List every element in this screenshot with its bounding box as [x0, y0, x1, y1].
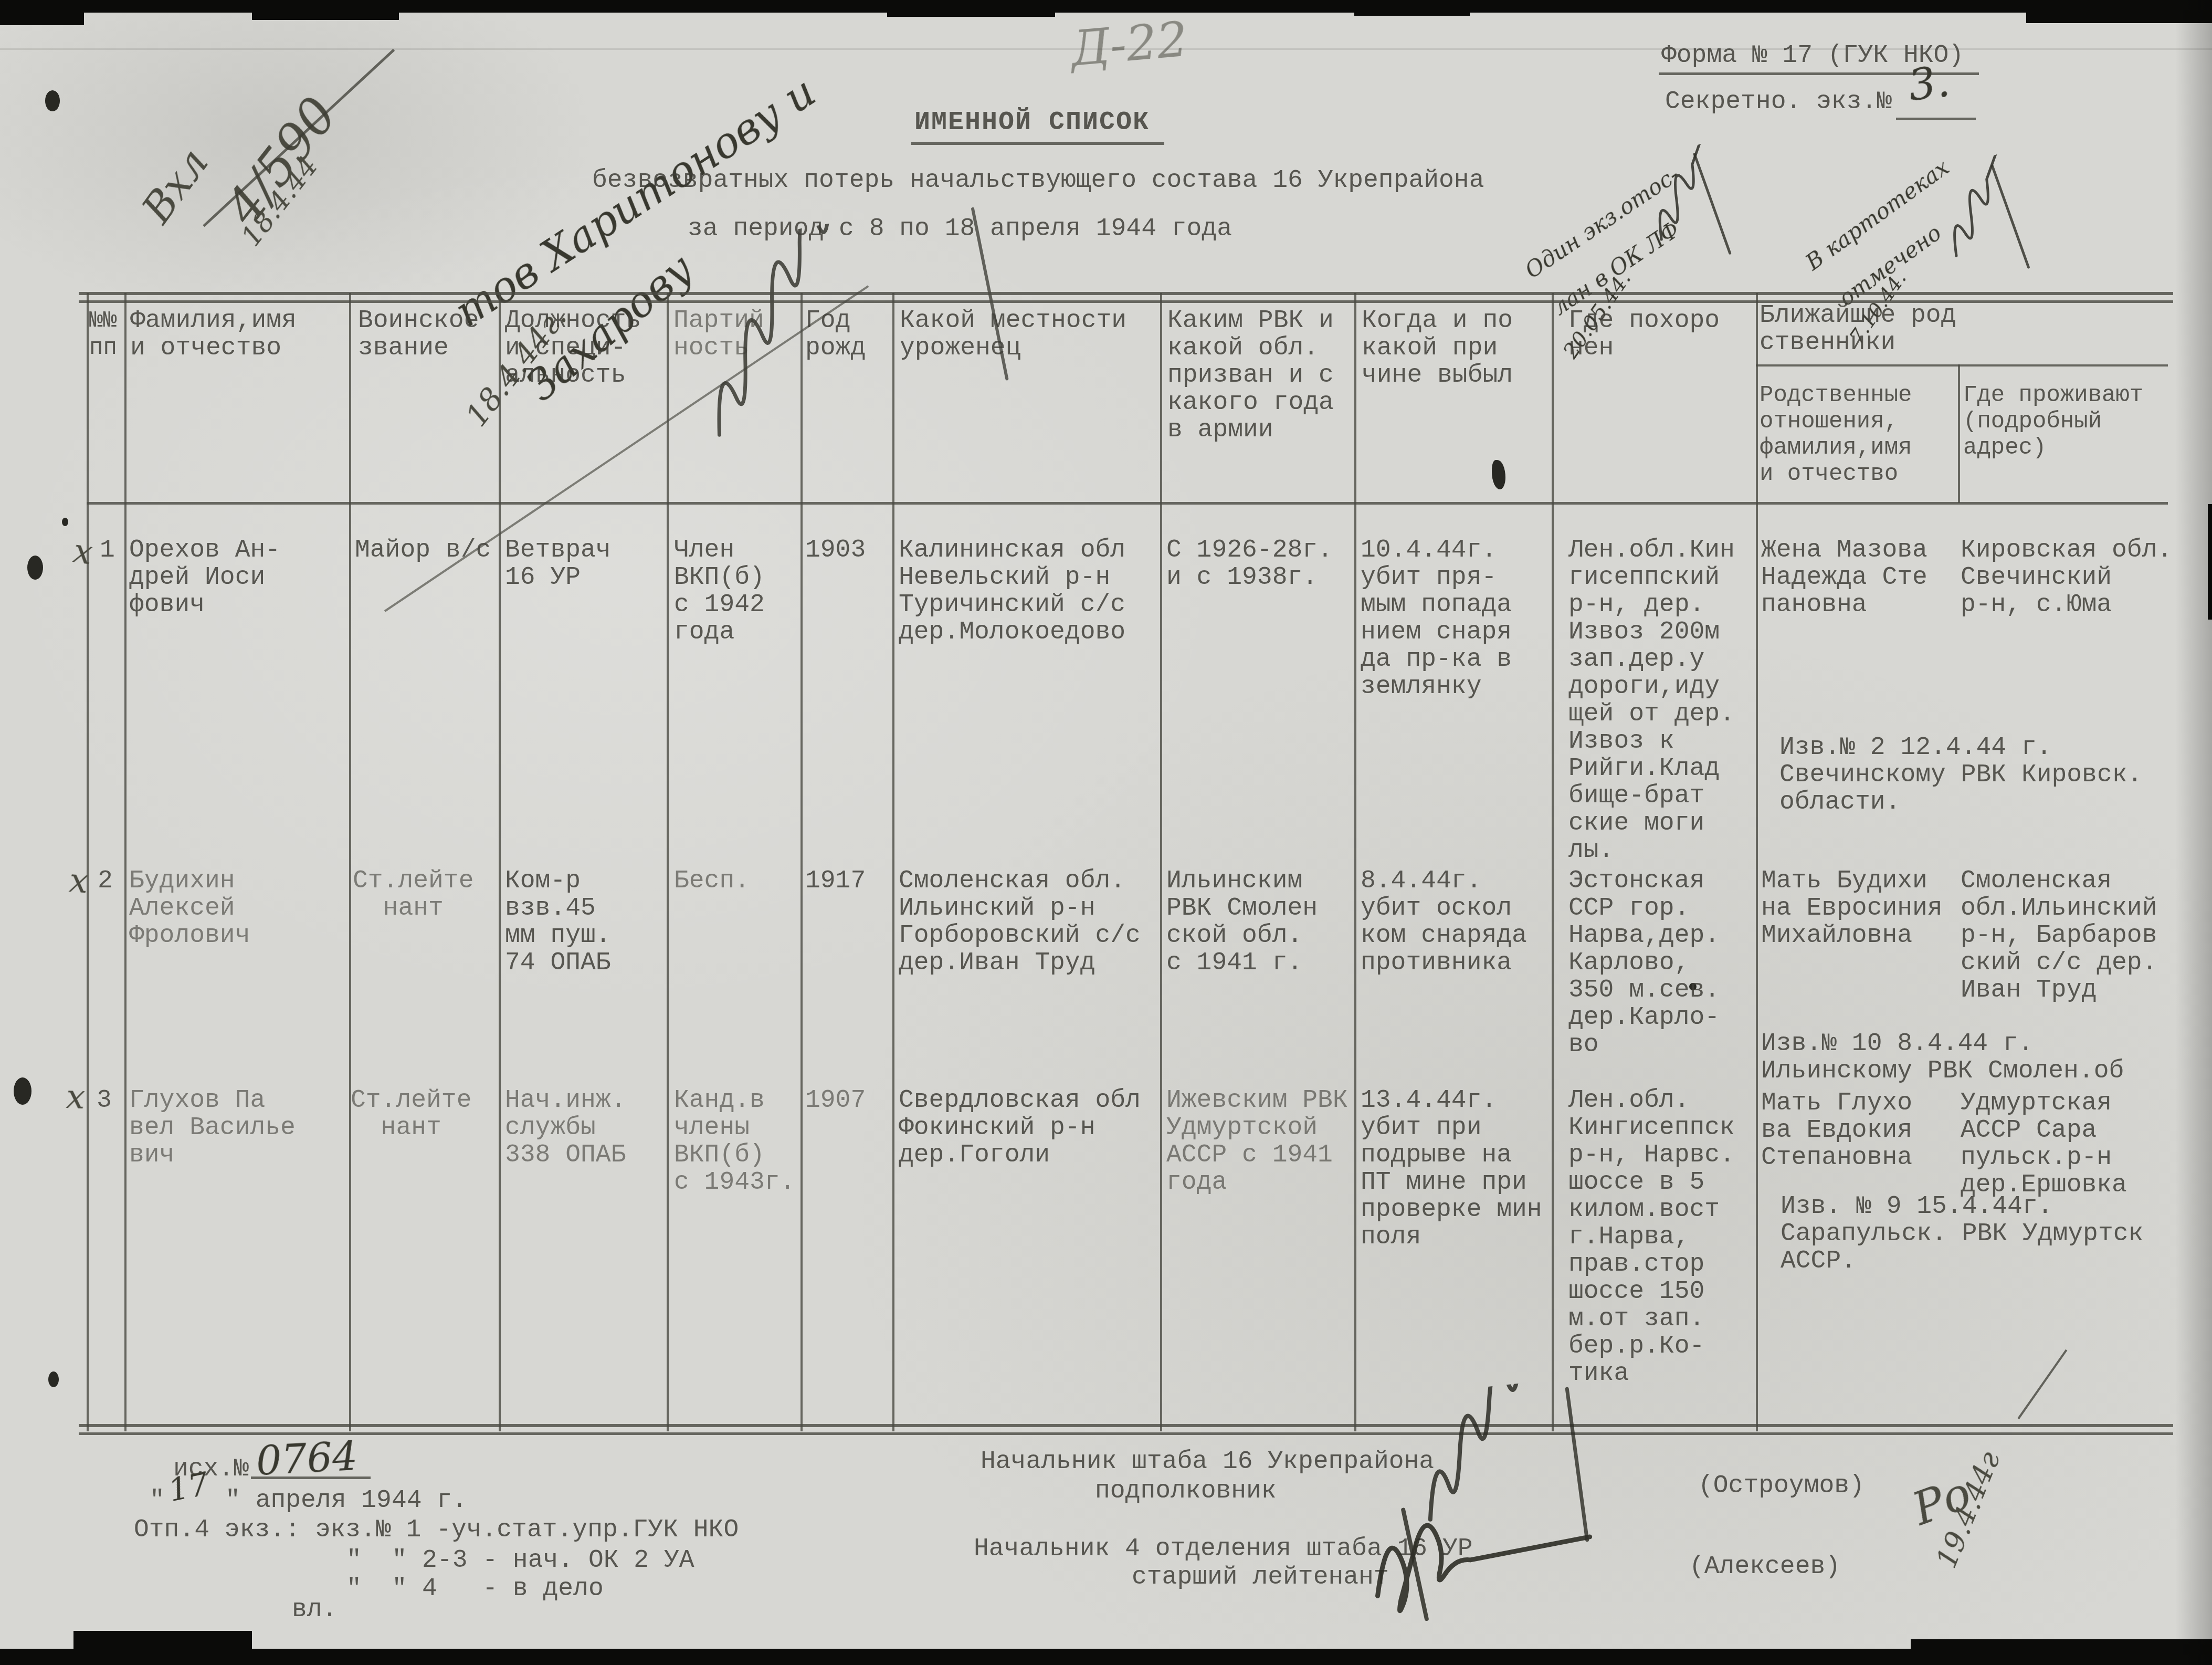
table-bottom-line-1 — [79, 1424, 2173, 1427]
row2-party: Бесп. — [674, 867, 750, 895]
speck — [62, 518, 68, 526]
row2-birth-year: 1917 — [805, 867, 866, 895]
header-relatives-kin: Родственные отношения, фамилия,имя и отч… — [1760, 382, 1912, 487]
header-casualty: Когда и по какой при чине выбыл — [1362, 307, 1513, 389]
row3-kin: Мать Глухо ва Евдокия Степановна — [1761, 1090, 1912, 1171]
title-underline — [911, 142, 1164, 145]
table-vline-year — [892, 293, 894, 1431]
ink-blot — [1492, 460, 1505, 489]
header-num: №№ пп — [89, 307, 117, 362]
row1-position: Ветврач 16 УР — [505, 537, 611, 591]
row2-burial: Эстонская ССР гор. Нарва,дер. Карлово, 3… — [1568, 867, 1720, 1059]
speck — [27, 556, 43, 580]
received-stray-line — [2017, 1349, 2067, 1419]
table-top-line-1 — [79, 292, 2173, 295]
signer1-role: Начальник штаба 16 Укрепрайона — [981, 1448, 1434, 1475]
secrecy-copy-number: 3. — [1905, 57, 1953, 112]
copies-line-2: " " 2-3 - нач. ОК 2 УА — [346, 1547, 694, 1574]
header-burial: Где похоро нен — [1568, 307, 1720, 362]
signer2-surname: (Алексеев) — [1689, 1553, 1840, 1580]
row1-birth-year: 1903 — [805, 537, 866, 564]
table-vline-relatives-split — [1958, 364, 1960, 503]
speck — [48, 1371, 59, 1387]
card-note-line1: В картотеках — [1801, 154, 1954, 276]
stamp-d22: Д-22 — [1068, 11, 1189, 77]
table-bottom-line-2 — [79, 1432, 2173, 1435]
row3-notice: Изв. № 9 15.4.44г. Сарапульск. РВК Удмур… — [1781, 1193, 2143, 1275]
row3-party: Канд.в члены ВКП(б) с 1943г. — [674, 1087, 795, 1196]
header-relatives: Ближайшие род ственники — [1760, 302, 1956, 357]
row3-birth-year: 1907 — [805, 1087, 866, 1114]
row1-party: Член ВКП(б) с 1942 года — [674, 537, 765, 646]
table-vline-casualty — [1552, 293, 1554, 1431]
row3-rank: Ст.лейте нант — [351, 1087, 471, 1142]
row1-birthplace: Калининская обл Невельский р-н Туричинск… — [899, 537, 1125, 646]
header-drafted: Каким РВК и какой обл. призван и с каког… — [1167, 307, 1334, 444]
table-vline-position — [667, 293, 669, 1431]
document-subtitle-2: за период с 8 по 18 апреля 1944 года — [688, 215, 1232, 243]
document-title: ИМЕННОЙ СПИСОК — [914, 109, 1150, 137]
relatives-subheader-line — [1756, 364, 2168, 366]
row1-name: Орехов Ан- дрей Иоси фович — [129, 537, 280, 619]
table-vline-birthplace — [1160, 293, 1162, 1431]
scan-top-band-notch4 — [1354, 0, 1470, 16]
row2-casualty: 8.4.44г. убит оскол ком снаряда противни… — [1361, 867, 1527, 977]
table-vline-party — [800, 293, 803, 1431]
row1-notice: Изв.№ 2 12.4.44 г. Свечинскому РВК Киров… — [1779, 734, 2142, 816]
signer1-rank: подполковник — [1095, 1478, 1277, 1505]
row3-burial: Лен.обл. Кингисеппск р-н, Нарвс. шоссе в… — [1568, 1087, 1735, 1387]
header-position: Должность и специ- альность — [505, 307, 641, 389]
row2-drafted: Ильинским РВК Смолен ской обл. с 1941 г. — [1166, 867, 1318, 977]
row2-kin-address: Смоленская обл.Ильинский р-н, Барбаров с… — [1961, 867, 2157, 1004]
row2-kin: Мать Будихи на Евросиния Михайловна — [1761, 867, 1943, 949]
scan-bottom-band-notch1 — [73, 1631, 252, 1665]
scanned-document-page: Д-22 Вхл 4/590 18.4.44 тов Харитонову и … — [0, 0, 2212, 1665]
table-vline-num — [124, 293, 127, 1431]
row2-rank: Ст.лейте нант — [353, 867, 473, 922]
secrecy-line: Секретно. экз.№ — [1665, 88, 1892, 116]
row3-name: Глухов Па вел Василье вич — [129, 1087, 296, 1169]
header-birth-year: Год рожд — [805, 307, 866, 362]
scan-top-band-notch2 — [252, 0, 399, 20]
row3-drafted: Ижевским РВК Удмуртской АССР с 1941 года — [1166, 1087, 1348, 1196]
table-vline-drafted — [1354, 293, 1356, 1431]
row1-drafted: С 1926-28г. и с 1938г. — [1166, 537, 1333, 591]
row1-burial: Лен.обл.Кин гисеппский р-н, дер. Извоз 2… — [1568, 537, 1735, 864]
header-name: Фамилия,имя и отчество — [130, 307, 297, 362]
row2-name: Будихин Алексей Фролович — [129, 867, 250, 949]
row2-check-mark: х — [68, 861, 89, 901]
table-vline-name — [349, 293, 351, 1431]
copies-line-1: Отп.4 экз.: экз.№ 1 -уч.стат.упр.ГУК НКО — [134, 1516, 739, 1544]
row2-num: 2 — [98, 867, 113, 895]
row1-rank: Майор в/с — [355, 537, 491, 564]
row2-notice: Изв.№ 10 8.4.44 г. Ильинскому РВК Смолен… — [1761, 1030, 2124, 1085]
row2-birthplace: Смоленская обл. Ильинский р-н Горборовск… — [899, 867, 1141, 977]
row1-kin-address: Кировская обл. Свечинский р-н, с.Юма — [1961, 537, 2172, 619]
paper-edge-shadow — [2175, 0, 2212, 1665]
speck — [45, 90, 60, 111]
secrecy-underline — [1896, 118, 1976, 120]
scan-bottom-band-notch2 — [1911, 1639, 2212, 1665]
header-relatives-addr: Где проживают (подробный адрес) — [1963, 382, 2143, 461]
row1-check-mark: х — [71, 531, 95, 572]
signer2-signature — [1355, 1470, 1690, 1645]
copies-line-3: " " 4 - в дело — [346, 1575, 604, 1603]
row3-casualty: 13.4.44г. убит при подрыве на ПТ мине пр… — [1361, 1087, 1542, 1251]
row3-num: 3 — [97, 1087, 112, 1114]
outgoing-number-underline — [251, 1476, 371, 1479]
typist-initials: вл. — [292, 1596, 337, 1624]
scan-top-band-notch3 — [887, 0, 1055, 17]
table-header-bottom-line — [87, 502, 2168, 505]
speck — [14, 1077, 31, 1105]
scan-bottom-band — [0, 1649, 2212, 1665]
row1-casualty: 10.4.44г. убит пря- мым попада нием снар… — [1361, 537, 1512, 700]
row3-check-mark: х — [66, 1077, 86, 1117]
row1-num: 1 — [100, 537, 115, 564]
table-vline-rank — [499, 293, 501, 1431]
row1-kin: Жена Мазова Надежда Сте пановна — [1761, 537, 1927, 619]
header-rank: Воинское звание — [358, 307, 479, 362]
signer1-surname: (Остроумов) — [1698, 1472, 1865, 1500]
row3-birthplace: Свердловская обл Фокинский р-н дер.Гогол… — [899, 1087, 1141, 1169]
header-party: Партий ность — [673, 307, 764, 362]
row3-position: Нач.инж. службы 338 ОПАБ — [505, 1087, 626, 1169]
document-subtitle-1: безвозвратных потерь начальствующего сос… — [592, 167, 1484, 194]
reg-mark-word: Вхл — [133, 140, 218, 232]
header-birthplace: Какой местности уроженец — [900, 307, 1126, 362]
table-vline-burial — [1756, 293, 1758, 1431]
row3-kin-address: Удмуртская АССР Сара пульск.р-н дер.Ершо… — [1961, 1090, 2127, 1199]
row2-position: Ком-р взв.45 мм пуш. 74 ОПАБ — [505, 867, 611, 977]
scan-top-band-notch1 — [0, 0, 84, 25]
signer2-rank: старший лейтенант — [1132, 1564, 1389, 1591]
